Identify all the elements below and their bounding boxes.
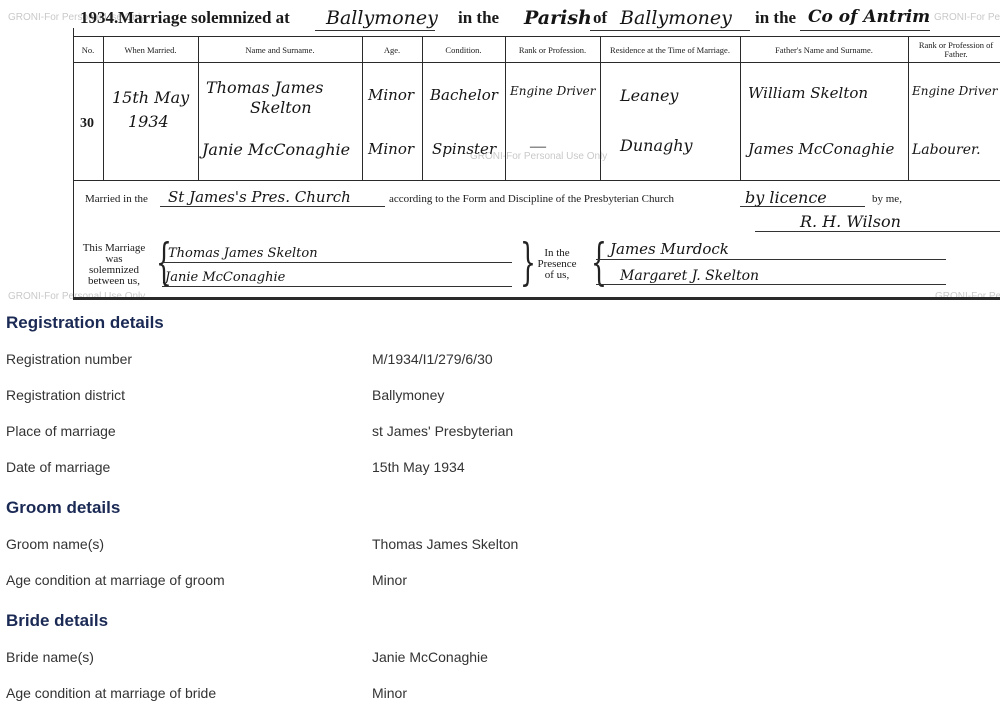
by-me: by me, [872, 193, 902, 205]
column-header-no: No. [73, 38, 103, 62]
groom-name-value: Thomas James Skelton [372, 536, 518, 552]
entry-number: 30 [80, 116, 94, 132]
date-of-marriage-value: 15th May 1934 [372, 459, 465, 475]
bride-signature: Janie McConaghie [165, 270, 285, 285]
groom-age-condition-value: Minor [372, 572, 407, 588]
column-header-residence: Residence at the Time of Marriage. [600, 38, 740, 62]
groom-signature: Thomas James Skelton [168, 246, 318, 261]
title-parish-word: Parish [524, 7, 592, 29]
title-prefix: Marriage solemnized at [118, 8, 290, 28]
registration-number-label: Registration number [6, 351, 132, 367]
bride-residence: Dunaghy [620, 136, 693, 155]
column-header-name: Name and Surname. [198, 38, 362, 62]
place-of-marriage-value: st James' Presbyterian [372, 423, 513, 439]
groom-residence: Leaney [620, 86, 678, 105]
groom-condition: Bachelor [430, 86, 498, 104]
registration-number-value: M/1934/I1/279/6/30 [372, 351, 493, 367]
solemnized-label: This Marriage was solemnized between us, [78, 243, 150, 287]
bride-father: James McConaghie [748, 140, 894, 158]
place-of-marriage-label: Place of marriage [6, 423, 116, 439]
bride-age: Minor [368, 140, 414, 158]
groom-name-line1: Thomas James [206, 78, 323, 97]
groom-name-line2: Skelton [250, 98, 312, 117]
watermark: GRONI-For Personal Use Only [934, 12, 1000, 23]
bride-condition: Spinster [432, 140, 496, 158]
entry-date-line1: 15th May [112, 88, 189, 107]
groom-father-profession: Engine Driver [912, 84, 997, 98]
column-header-rank: Rank or Profession. [505, 38, 600, 62]
groom-profession: Engine Driver [510, 84, 595, 98]
groom-details-heading: Groom details [6, 498, 120, 518]
witness-signature-2: Margaret J. Skelton [620, 268, 759, 284]
groom-name-label: Groom name(s) [6, 536, 104, 552]
bride-name: Janie McConaghie [202, 140, 350, 159]
column-header-age: Age. [362, 38, 422, 62]
registration-district-label: Registration district [6, 387, 125, 403]
left-brace: { [591, 237, 607, 287]
bride-name-label: Bride name(s) [6, 649, 94, 665]
title-place: Ballymoney [326, 7, 438, 29]
title-parish-name: Ballymoney [620, 7, 732, 29]
column-header-when-married: When Married. [103, 38, 198, 62]
entry-date-line2: 1934 [128, 112, 169, 131]
presence-label: In the Presence of us, [530, 248, 584, 281]
bride-profession: — [530, 138, 546, 156]
column-header-condition: Condition. [422, 38, 505, 62]
bride-father-profession: Labourer. [912, 142, 981, 158]
church-name: St James's Pres. Church [168, 188, 351, 206]
groom-age-condition-label: Age condition at marriage of groom [6, 572, 225, 588]
title-of: of [593, 8, 607, 28]
title-county: Co of Antrim [808, 7, 930, 27]
registration-district-value: Ballymoney [372, 387, 444, 403]
registration-details-heading: Registration details [6, 313, 164, 333]
column-header-father-rank: Rank or Profession of Father. [910, 38, 1000, 62]
title-year: 1934. [80, 8, 118, 28]
groom-father: William Skelton [748, 84, 868, 102]
by-licence: by licence [745, 188, 827, 207]
date-of-marriage-label: Date of marriage [6, 459, 110, 475]
groom-age: Minor [368, 86, 414, 104]
witness-signature-1: James Murdock [610, 240, 729, 258]
column-header-father: Father's Name and Surname. [740, 38, 908, 62]
bride-name-value: Janie McConaghie [372, 649, 488, 665]
marriage-certificate-image: GRONI-For Personal Use Only GRONI-For Pe… [0, 0, 1000, 300]
bride-details-heading: Bride details [6, 611, 108, 631]
title-county-prefix: in the [755, 8, 796, 28]
bride-age-condition-value: Minor [372, 685, 407, 701]
married-in-prefix: Married in the [85, 193, 148, 205]
title-parish-prefix: in the [458, 8, 499, 28]
officiant-signature: R. H. Wilson [800, 212, 901, 231]
according-text: according to the Form and Discipline of … [389, 193, 674, 205]
bride-age-condition-label: Age condition at marriage of bride [6, 685, 216, 701]
